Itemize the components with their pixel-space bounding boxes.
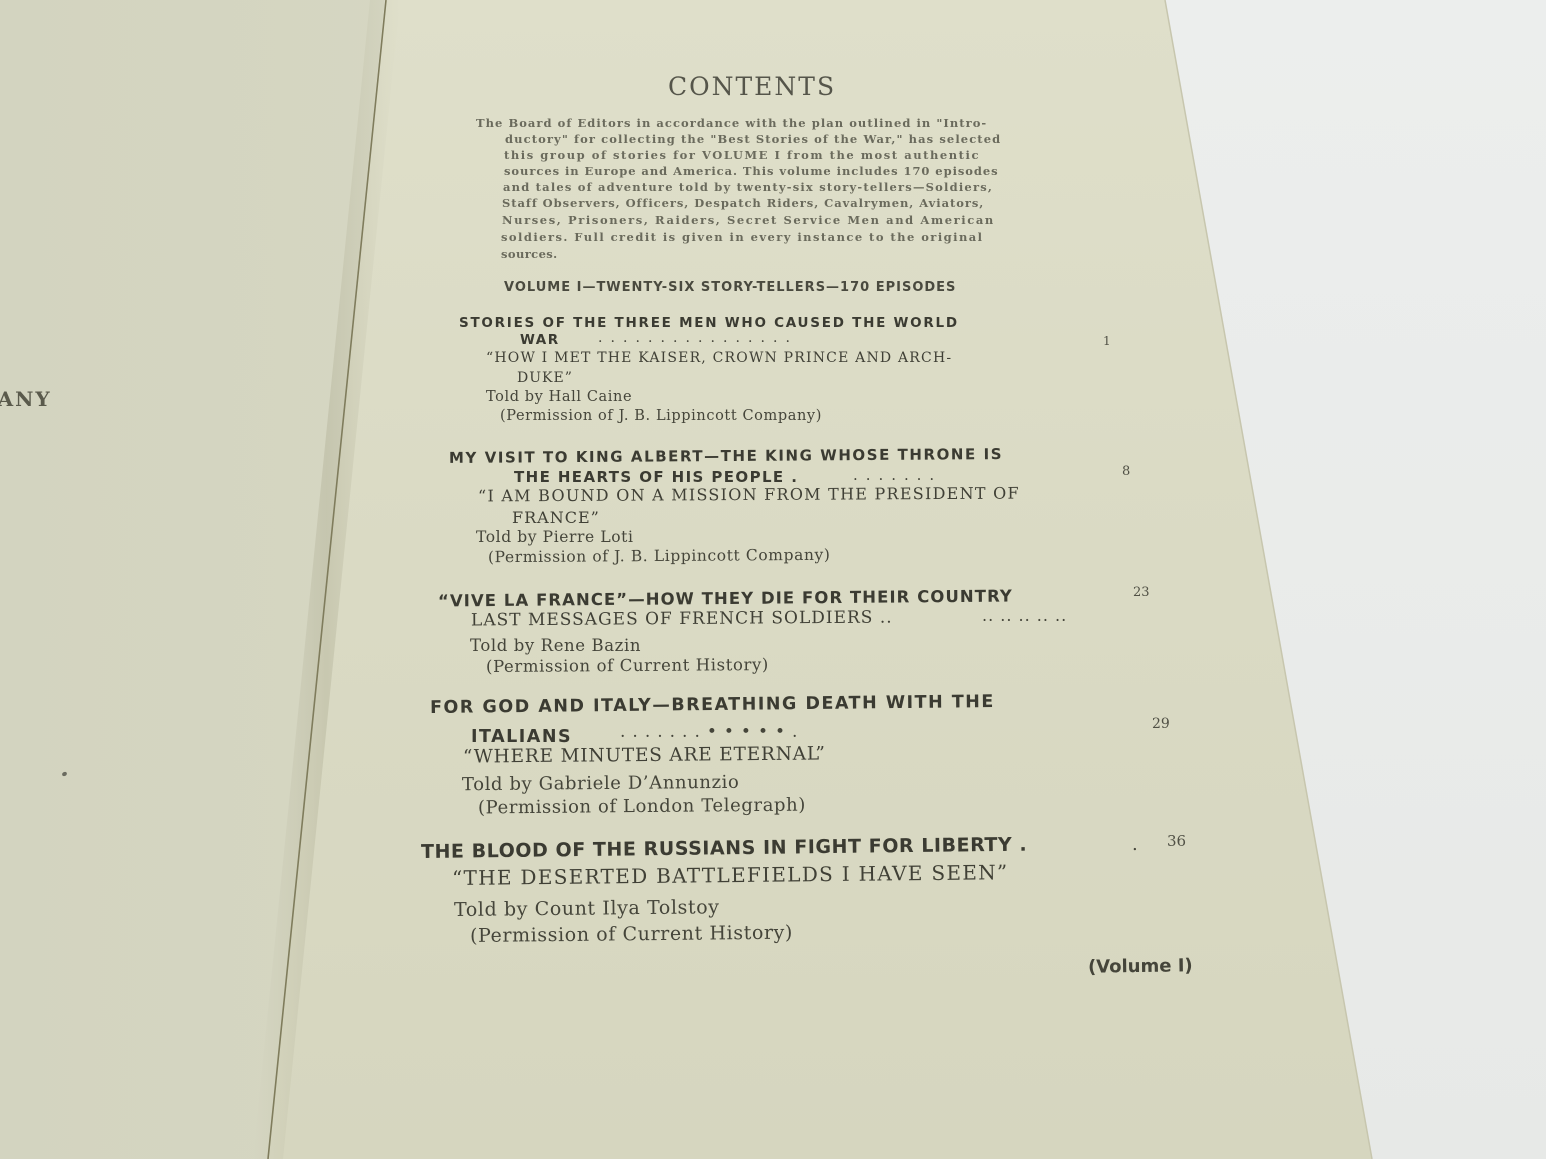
page-number: 29: [1152, 716, 1170, 732]
story-title: “WHERE MINUTES ARE ETERNAL”: [463, 743, 826, 767]
story-teller: Told by Gabriele D’Annunzio: [462, 772, 740, 795]
entry-section-title[interactable]: THE BLOOD OF THE RUSSIANS IN FIGHT FOR L…: [421, 834, 1027, 863]
permission-credit: (Permission of J. B. Lippincott Company): [500, 408, 822, 424]
page-number: 23: [1133, 585, 1150, 600]
volume-footer: (Volume I): [1088, 955, 1193, 977]
intro-line: soldiers. Full credit is given in every …: [501, 230, 983, 244]
contents-page: CONTENTS The Board of Editors in accorda…: [0, 0, 1546, 1159]
dot-leader: . . . . . . . . . . . . . . . .: [598, 330, 792, 346]
story-title: “I AM BOUND ON A MISSION FROM THE PRESID…: [478, 484, 1020, 506]
intro-line: Staff Observers, Officers, Despatch Ride…: [502, 196, 984, 210]
entry-section-title[interactable]: STORIES OF THE THREE MEN WHO CAUSED THE …: [459, 315, 959, 331]
page-number: 8: [1122, 464, 1130, 479]
page-title: CONTENTS: [668, 72, 836, 101]
permission-credit: (Permission of Current History): [486, 655, 769, 676]
entry-section-title-cont[interactable]: THE HEARTS OF HIS PEOPLE .: [514, 468, 798, 486]
permission-credit: (Permission of J. B. Lippincott Company): [488, 546, 831, 566]
intro-line: ductory" for collecting the "Best Storie…: [505, 132, 1001, 146]
intro-line: sources in Europe and America. This volu…: [504, 164, 999, 178]
volume-heading: VOLUME I—TWENTY-SIX STORY-TELLERS—170 EP…: [504, 280, 956, 295]
entry-section-title[interactable]: FOR GOD AND ITALY—BREATHING DEATH WITH T…: [430, 692, 995, 718]
story-title-cont: DUKE”: [517, 370, 573, 386]
story-teller: Told by Pierre Loti: [476, 528, 634, 546]
intro-line: Nurses, Prisoners, Raiders, Secret Servi…: [502, 213, 995, 227]
story-teller: Told by Count Ilya Tolstoy: [454, 896, 720, 921]
entry-section-title[interactable]: “VIVE LA FRANCE”—HOW THEY DIE FOR THEIR …: [438, 586, 1013, 610]
permission-credit: (Permission of London Telegraph): [478, 795, 806, 819]
dot-leader: .: [1132, 834, 1138, 855]
story-title: “HOW I MET THE KAISER, CROWN PRINCE AND …: [486, 350, 952, 366]
page-number: 1: [1103, 334, 1111, 348]
page-number: 36: [1167, 832, 1186, 850]
story-title: “THE DESERTED BATTLEFIELDS I HAVE SEEN”: [452, 860, 1009, 890]
story-title: LAST MESSAGES OF FRENCH SOLDIERS ..: [471, 608, 893, 631]
story-teller: Told by Rene Bazin: [470, 636, 641, 655]
entry-section-title-cont[interactable]: WAR: [520, 332, 560, 348]
permission-credit: (Permission of Current History): [470, 922, 793, 947]
intro-line: and tales of adventure told by twenty-si…: [503, 180, 993, 194]
dot-leader: . . . . . . .: [853, 466, 936, 484]
entry-section-title[interactable]: MY VISIT TO KING ALBERT—THE KING WHOSE T…: [449, 445, 1003, 467]
story-teller: Told by Hall Caine: [486, 389, 632, 405]
intro-line: sources.: [501, 247, 558, 261]
story-title-cont: FRANCE”: [512, 508, 600, 527]
intro-line: The Board of Editors in accordance with …: [476, 116, 987, 130]
dot-leader: . . . . . . . • • • • • .: [620, 722, 798, 742]
entry-section-title-cont[interactable]: ITALIANS: [471, 727, 572, 747]
intro-line: this group of stories for VOLUME I from …: [504, 148, 980, 162]
dot-leader: .. .. .. .. ..: [982, 606, 1067, 625]
